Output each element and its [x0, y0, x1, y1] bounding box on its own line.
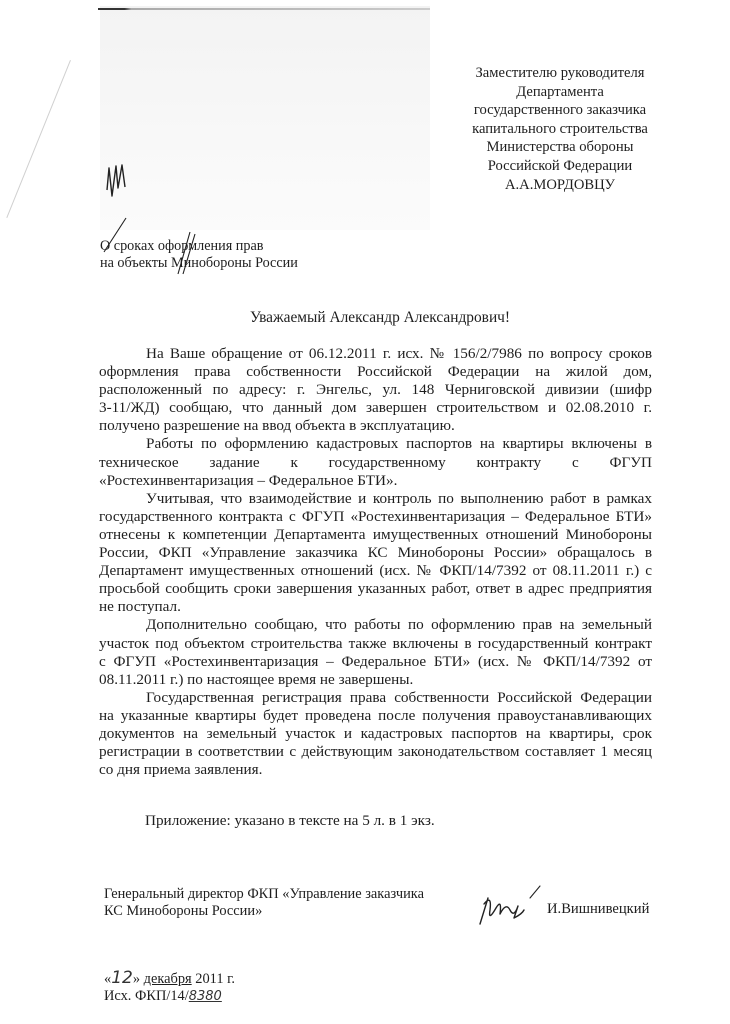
salutation: Уважаемый Александр Александрович! [0, 309, 730, 327]
subject-line: О сроках оформления прав [100, 238, 298, 255]
addressee-line: Российской Федерации [450, 157, 670, 176]
date-and-reference: «12» декабря 2011 г. Исх. ФКП/14/8380 [104, 970, 235, 1006]
paragraph: На Ваше обращение от 06.12.2011 г. исх. … [99, 345, 652, 435]
date-close-quote: » [133, 971, 140, 987]
body-line: Дополнительно сообщаю, что работы по офо… [99, 616, 652, 634]
body-line: «Ростехинвентаризация – Федеральное БТИ»… [99, 472, 652, 490]
addressee-line: Заместителю руководителя [450, 64, 670, 83]
scan-edge-line [98, 8, 430, 10]
body-line: государственного контракта с ФГУП «Росте… [99, 508, 652, 526]
body-line: со дня приема заявления. [99, 761, 652, 779]
body-line: не поступал. [99, 598, 652, 616]
body-line: отнесены к компетенции Департамента имущ… [99, 526, 652, 544]
body-line: просьбой сообщить сроки завершения указа… [99, 580, 652, 598]
body-line: Работы по оформлению кадастровых паспорт… [99, 435, 652, 453]
addressee-block: Заместителю руководителя Департамента го… [450, 64, 670, 194]
date-day-handwritten: 12 [111, 968, 133, 988]
body-line: оформления права собственности Российско… [99, 363, 652, 381]
body-line: Департамент имущественных отношений (исх… [99, 562, 652, 580]
body-line: документов на земельный участок и кадаст… [99, 725, 652, 743]
addressee-line: Департамента [450, 83, 670, 102]
signatory-position: Генеральный директор ФКП «Управление зак… [104, 886, 424, 921]
body-line: Учитывая, что взаимодействие и контроль … [99, 490, 652, 508]
paragraph: Государственная регистрация права собств… [99, 689, 652, 779]
appendix-note: Приложение: указано в тексте на 5 л. в 1… [145, 812, 435, 830]
position-line: КС Минобороны России» [104, 903, 424, 920]
body-line: с ФГУП «Ростехинвентаризация – Федеральн… [99, 653, 652, 671]
subject-block: О сроках оформления прав на объекты Мино… [100, 238, 298, 272]
paragraph: Дополнительно сообщаю, что работы по офо… [99, 616, 652, 688]
date-month: декабря [144, 971, 192, 987]
body-line: регистрации в соответствии с действующим… [99, 743, 652, 761]
handwritten-initials-mark [104, 160, 134, 200]
scan-shadow [100, 6, 430, 230]
handwritten-signature [474, 884, 544, 934]
body-line: техническое задание к государственному к… [99, 454, 652, 472]
addressee-line: Министерства обороны [450, 138, 670, 157]
body-line: России, ФКП «Управление заказчика КС Мин… [99, 544, 652, 562]
outgoing-number-handwritten: 8380 [189, 989, 222, 1004]
position-line: Генеральный директор ФКП «Управление зак… [104, 886, 424, 903]
letter-body: На Ваше обращение от 06.12.2011 г. исх. … [99, 345, 652, 779]
body-line: расположенный по адресу: г. Энгельс, ул.… [99, 381, 652, 399]
outgoing-prefix: Исх. ФКП/14/ [104, 988, 189, 1004]
outgoing-number: Исх. ФКП/14/8380 [104, 988, 235, 1005]
body-line: 08.11.2011 г.) по настоящее время не зав… [99, 671, 652, 689]
body-line: получено разрешение на ввод объекта в эк… [99, 417, 652, 435]
signatory-name: И.Вишнивецкий [547, 901, 649, 918]
paragraph: Учитывая, что взаимодействие и контроль … [99, 490, 652, 617]
paragraph: Работы по оформлению кадастровых паспорт… [99, 435, 652, 489]
body-line: 3-11/ЖД) сообщаю, что данный дом заверше… [99, 399, 652, 417]
date-year: 2011 г. [195, 971, 235, 987]
addressee-line: государственного заказчика [450, 101, 670, 120]
letter-date: «12» декабря 2011 г. [104, 970, 235, 988]
body-line: участок под объектом строительства также… [99, 635, 652, 653]
scan-diagonal-line [6, 60, 71, 218]
body-line: Государственная регистрация права собств… [99, 689, 652, 707]
subject-line: на объекты Минобороны России [100, 255, 298, 272]
body-line: на указанные квартиры будет проведена по… [99, 707, 652, 725]
addressee-line: капитального строительства [450, 120, 670, 139]
body-line: На Ваше обращение от 06.12.2011 г. исх. … [99, 345, 652, 363]
addressee-name: А.А.МОРДОВЦУ [450, 176, 670, 195]
